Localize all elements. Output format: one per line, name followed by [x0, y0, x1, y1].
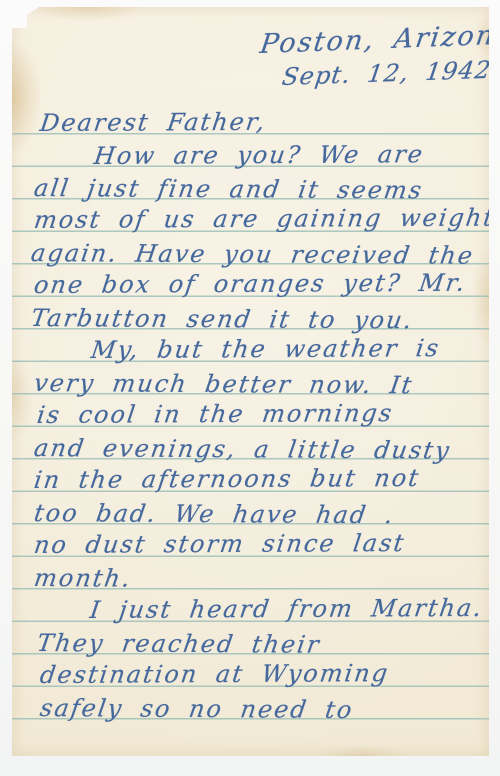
handwriting-line: I just heard from Martha.: [88, 592, 485, 626]
handwriting-line: very much better now. It: [32, 367, 416, 401]
handwriting-line: in the afternoons but not: [32, 462, 422, 496]
handwriting-line: one box of oranges yet? Mr.: [32, 267, 468, 301]
handwriting-line: They reached their: [35, 627, 323, 661]
handwriting-line: Tarbutton send it to you.: [29, 302, 416, 336]
salutation-line: Dearest Father,: [38, 106, 269, 139]
letter-paper: Poston, Arizona Sept. 12, 1942. Dearest …: [12, 7, 489, 756]
handwriting-line: month.: [32, 562, 134, 595]
handwriting-line: is cool in the mornings: [35, 397, 396, 431]
handwriting-line: all just fine and it seems: [32, 172, 425, 206]
handwriting-line: most of us are gaining weight: [32, 202, 497, 236]
handwriting-line: too bad. We have had .: [32, 497, 397, 531]
letter-date: Sept. 12, 1942.: [280, 53, 500, 93]
handwriting-line: My, but the weather is: [89, 332, 442, 366]
handwriting-line: no dust storm since last: [32, 527, 407, 561]
handwriting-line: safely so no need to: [38, 692, 356, 726]
handwriting-line: destination at Wyoming: [38, 657, 391, 691]
handwriting-line: How are you? We are: [92, 138, 426, 172]
